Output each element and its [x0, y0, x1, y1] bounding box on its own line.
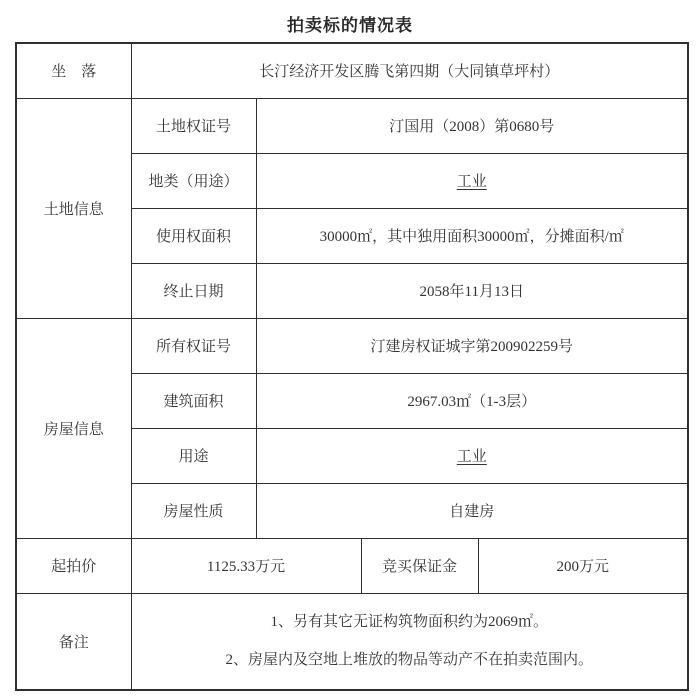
- auction-info-page: 拍卖标的情况表 坐 落 长汀经济开发区腾飞第四期（大同镇草坪村） 土地信息 土地…: [0, 0, 700, 700]
- remarks-item-2: 2、房屋内及空地上堆放的物品等动产不在拍卖范围内。: [136, 650, 684, 671]
- house-area-label-cell: 建筑面积: [131, 373, 256, 428]
- land-row-cert: 土地信息 土地权证号 汀国用（2008）第0680号: [16, 98, 688, 153]
- price-row: 起拍价 1125.33万元 竞买保证金 200万元: [16, 538, 688, 593]
- land-cert-label-cell: 土地权证号: [131, 98, 256, 153]
- location-label-cell: 坐 落: [16, 43, 131, 98]
- house-cert-value-cell: 汀建房权证城字第200902259号: [256, 318, 688, 373]
- remarks-row: 备注 1、另有其它无证构筑物面积约为2069㎡。 2、房屋内及空地上堆放的物品等…: [16, 593, 688, 690]
- house-use-value: 工业: [457, 449, 487, 465]
- land-expiry-value-cell: 2058年11月13日: [256, 263, 688, 318]
- remarks-content-cell: 1、另有其它无证构筑物面积约为2069㎡。 2、房屋内及空地上堆放的物品等动产不…: [131, 593, 688, 690]
- price-value-cell: 1125.33万元: [131, 538, 361, 593]
- location-row: 坐 落 长汀经济开发区腾飞第四期（大同镇草坪村）: [16, 43, 688, 98]
- deposit-value-cell: 200万元: [478, 538, 688, 593]
- house-use-label-cell: 用途: [131, 428, 256, 483]
- page-title: 拍卖标的情况表: [0, 0, 700, 42]
- remarks-item-1: 1、另有其它无证构筑物面积约为2069㎡。: [136, 612, 684, 633]
- house-use-value-cell: 工业: [256, 428, 688, 483]
- remarks-label-cell: 备注: [16, 593, 131, 690]
- land-section-cell: 土地信息: [16, 98, 131, 318]
- land-area-label-cell: 使用权面积: [131, 208, 256, 263]
- house-row-cert: 房屋信息 所有权证号 汀建房权证城字第200902259号: [16, 318, 688, 373]
- land-expiry-label-cell: 终止日期: [131, 263, 256, 318]
- land-cert-value-cell: 汀国用（2008）第0680号: [256, 98, 688, 153]
- land-area-value-cell: 30000㎡，其中独用面积30000㎡，分摊面积/㎡: [256, 208, 688, 263]
- land-usetype-label-cell: 地类（用途）: [131, 153, 256, 208]
- price-label-cell: 起拍价: [16, 538, 131, 593]
- land-usetype-value: 工业: [457, 174, 487, 190]
- house-section-cell: 房屋信息: [16, 318, 131, 538]
- house-nature-value-cell: 自建房: [256, 483, 688, 538]
- house-nature-label-cell: 房屋性质: [131, 483, 256, 538]
- land-usetype-value-cell: 工业: [256, 153, 688, 208]
- house-cert-label-cell: 所有权证号: [131, 318, 256, 373]
- auction-info-table: 坐 落 长汀经济开发区腾飞第四期（大同镇草坪村） 土地信息 土地权证号 汀国用（…: [15, 42, 689, 691]
- house-area-value-cell: 2967.03㎡（1-3层）: [256, 373, 688, 428]
- location-value-cell: 长汀经济开发区腾飞第四期（大同镇草坪村）: [131, 43, 688, 98]
- deposit-label-cell: 竞买保证金: [361, 538, 478, 593]
